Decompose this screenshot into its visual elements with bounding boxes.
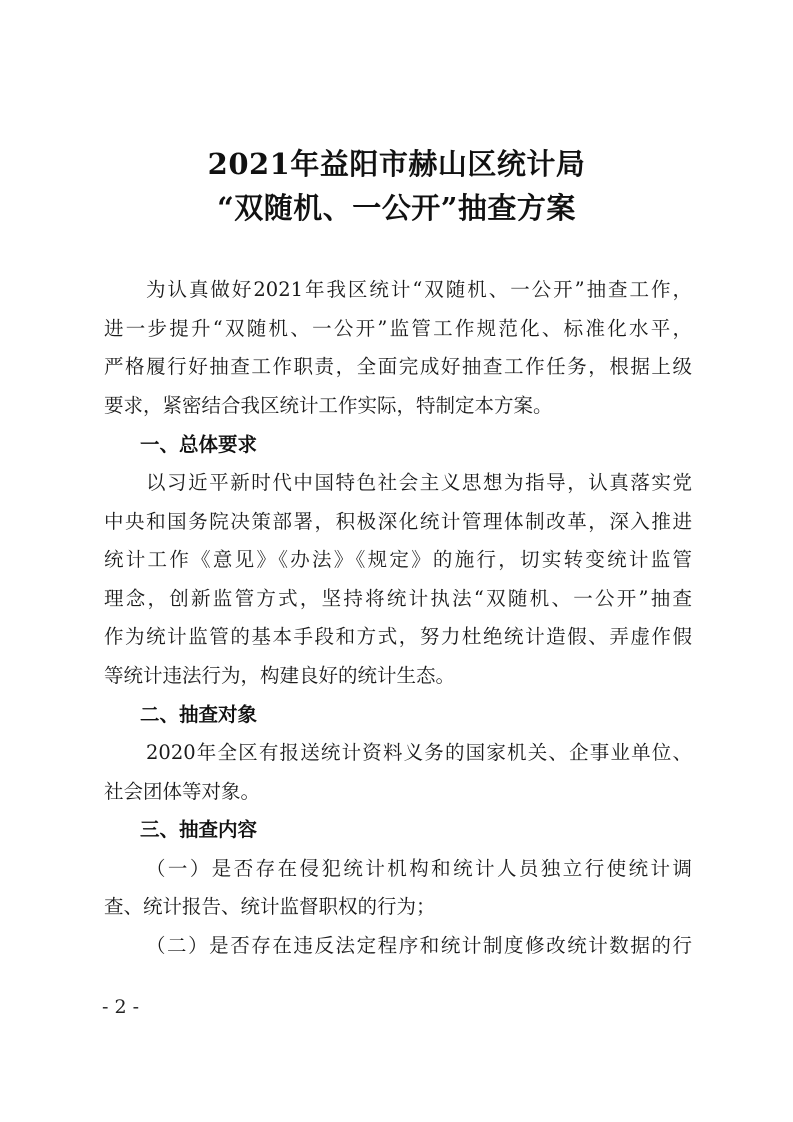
section2-line-1: 2020年全区有报送统计资料义务的国家机关、企事业单位、 [146,737,692,765]
intro-line-2: 进一步提升“双随机、一公开”监管工作规范化、标准化水平， [104,313,692,341]
section2-line-2: 社会团体等对象。 [104,776,692,804]
document-title-line-2: “双随机、一公开”抽查方案 [0,186,793,227]
section-heading-2: 二、抽查对象 [140,699,257,727]
section-heading-1: 一、总体要求 [140,429,257,457]
section3-line-3: （二）是否存在违反法定程序和统计制度修改统计数据的行 [146,930,692,958]
section3-line-2: 查、统计报告、统计监督职权的行为； [104,891,692,919]
intro-line-4: 要求，紧密结合我区统计工作实际，特制定本方案。 [104,390,692,418]
section1-line-3: 统计工作《意见》《办法》《规定》的施行，切实转变统计监管 [104,544,692,572]
section1-line-5: 作为统计监管的基本手段和方式，努力杜绝统计造假、弄虚作假 [104,621,692,649]
intro-line-1: 为认真做好2021年我区统计“双随机、一公开”抽查工作， [146,274,692,302]
section-heading-3: 三、抽查内容 [140,814,257,842]
intro-line-3: 严格履行好抽查工作职责，全面完成好抽查工作任务，根据上级 [104,351,692,379]
section1-line-6: 等统计违法行为，构建良好的统计生态。 [104,660,692,688]
document-page: 2021年益阳市赫山区统计局 “双随机、一公开”抽查方案 为认真做好2021年我… [0,0,793,1122]
section3-line-1: （一）是否存在侵犯统计机构和统计人员独立行使统计调 [146,853,692,881]
document-title-line-1: 2021年益阳市赫山区统计局 [0,142,793,183]
page-number: - 2 - [102,996,139,1018]
section1-line-1: 以习近平新时代中国特色社会主义思想为指导，认真落实党 [146,467,692,495]
section1-line-2: 中央和国务院决策部署，积极深化统计管理体制改革，深入推进 [104,506,692,534]
section1-line-4: 理念，创新监管方式，坚持将统计执法“双随机、一公开”抽查 [104,583,692,611]
